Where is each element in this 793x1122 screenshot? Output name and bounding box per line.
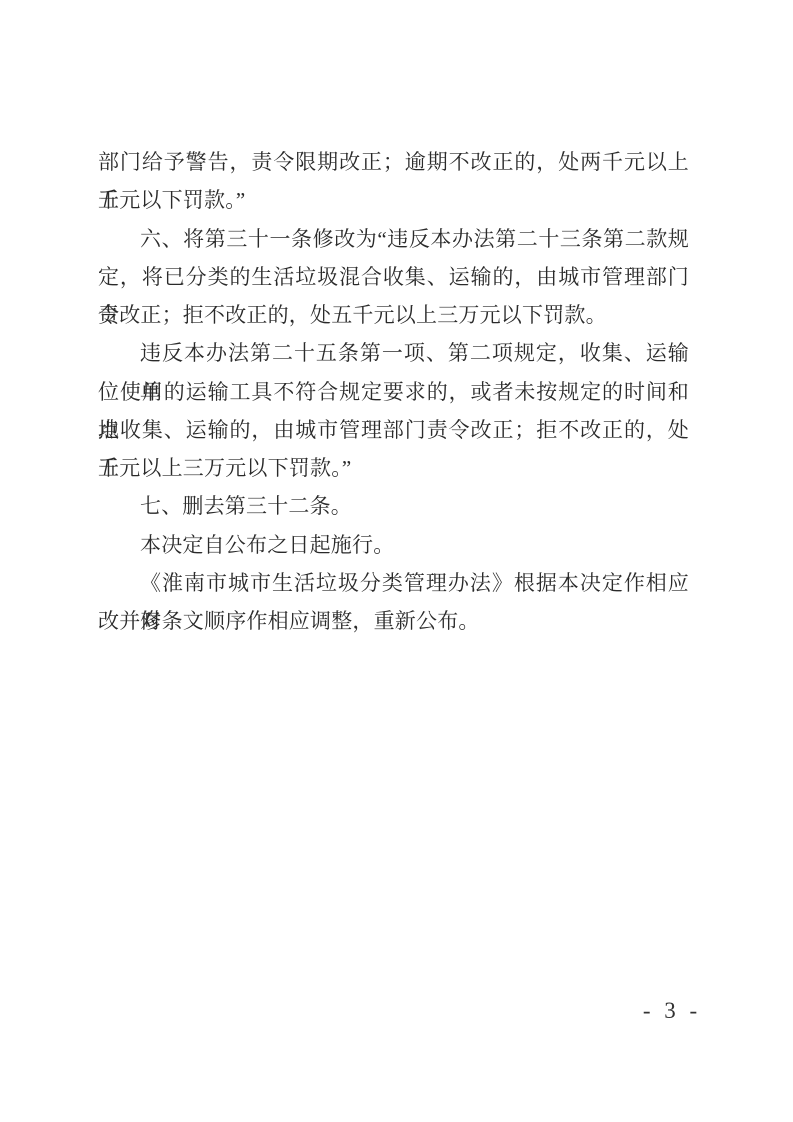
text-line: 令改正；拒不改正的，处五千元以上三万元以下罚款。: [98, 296, 689, 334]
text-line: 千元以上三万元以下罚款。”: [98, 449, 689, 487]
text-line: 点收集、运输的，由城市管理部门责令改正；拒不改正的，处五: [98, 411, 689, 449]
text-line: 违反本办法第二十五条第一项、第二项规定，收集、运输单: [98, 334, 689, 372]
text-line: 本决定自公布之日起施行。: [98, 526, 689, 564]
text-line: 部门给予警告，责令限期改正；逾期不改正的，处两千元以上五: [98, 143, 689, 181]
text-line: 六、将第三十一条修改为“违反本办法第二十三条第二款规: [98, 220, 689, 258]
text-line: 《淮南市城市生活垃圾分类管理办法》根据本决定作相应修: [98, 564, 689, 602]
text-line: 定，将已分类的生活垃圾混合收集、运输的，由城市管理部门责: [98, 258, 689, 296]
text-line: 位使用的运输工具不符合规定要求的，或者未按规定的时间和地: [98, 373, 689, 411]
page-number: - 3 -: [636, 998, 708, 1024]
text-line: 七、删去第三十二条。: [98, 487, 689, 525]
document-page: 部门给予警告，责令限期改正；逾期不改正的，处两千元以上五 千元以下罚款。” 六、…: [0, 0, 793, 1122]
text-line: 千元以下罚款。”: [98, 181, 689, 219]
text-line: 改并对条文顺序作相应调整，重新公布。: [98, 602, 689, 640]
body-text: 部门给予警告，责令限期改正；逾期不改正的，处两千元以上五 千元以下罚款。” 六、…: [98, 143, 689, 640]
